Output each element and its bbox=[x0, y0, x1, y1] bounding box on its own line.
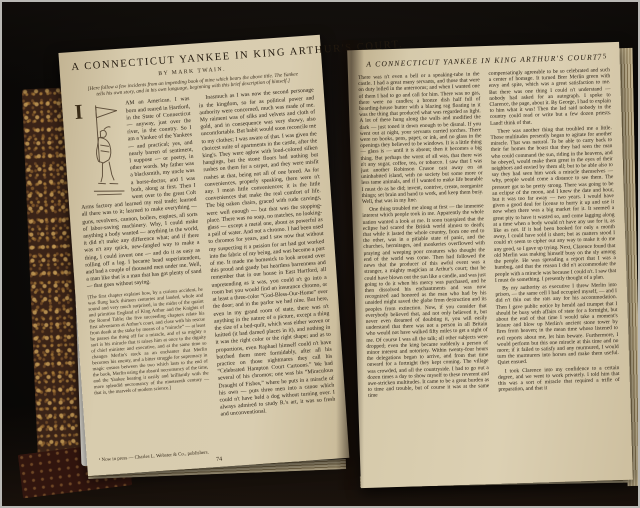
knight-illustration bbox=[84, 101, 129, 198]
left-page-column-2: Inasmuch as I was now the second persona… bbox=[198, 88, 338, 447]
right-page-column-2: compensatingly agreeable to be so celebr… bbox=[488, 67, 622, 469]
book-photo: A CONNECTICUT YANKEE IN KING ARTHUR'S CO… bbox=[0, 0, 640, 508]
right-page-columns: There was n't even a bell or a speaking-… bbox=[358, 67, 622, 473]
chapter-summary-footnote: [The first chapter explains how, by a cu… bbox=[87, 287, 209, 397]
left-page-columns: I AM an American. I was born and reared … bbox=[74, 88, 338, 456]
left-page-column-1: I AM an American. I was born and reared … bbox=[74, 96, 214, 455]
right-page-number: 75 bbox=[598, 52, 608, 60]
lead-paragraph: I AM an American. I was born and reared … bbox=[74, 96, 202, 291]
paragraph: compensatingly agreeable to be so celebr… bbox=[488, 67, 611, 127]
left-page: A CONNECTICUT YANKEE IN KING ARTHUR'S CO… bbox=[58, 35, 349, 476]
right-page: A CONNECTICUT YANKEE IN KING ARTHUR'S CO… bbox=[347, 42, 633, 488]
right-page-column-1: There was n't even a bell or a speaking-… bbox=[358, 71, 492, 473]
running-head-title: A CONNECTICUT YANKEE IN KING ARTHUR'S CO… bbox=[366, 52, 601, 68]
paragraph: Inasmuch as I was now the second persona… bbox=[198, 88, 336, 419]
running-head: A CONNECTICUT YANKEE IN KING ARTHUR'S CO… bbox=[357, 52, 609, 69]
paragraph: There was another thing that troubled me… bbox=[490, 125, 616, 284]
paragraph: One thing troubled me along at first — t… bbox=[362, 203, 489, 399]
paragraph: There was n't even a bell or a speaking-… bbox=[358, 71, 484, 205]
paragraph: By my authority as executive I threw Mer… bbox=[495, 282, 619, 366]
paragraph: I took Clarence into my confidence to a … bbox=[498, 365, 620, 394]
